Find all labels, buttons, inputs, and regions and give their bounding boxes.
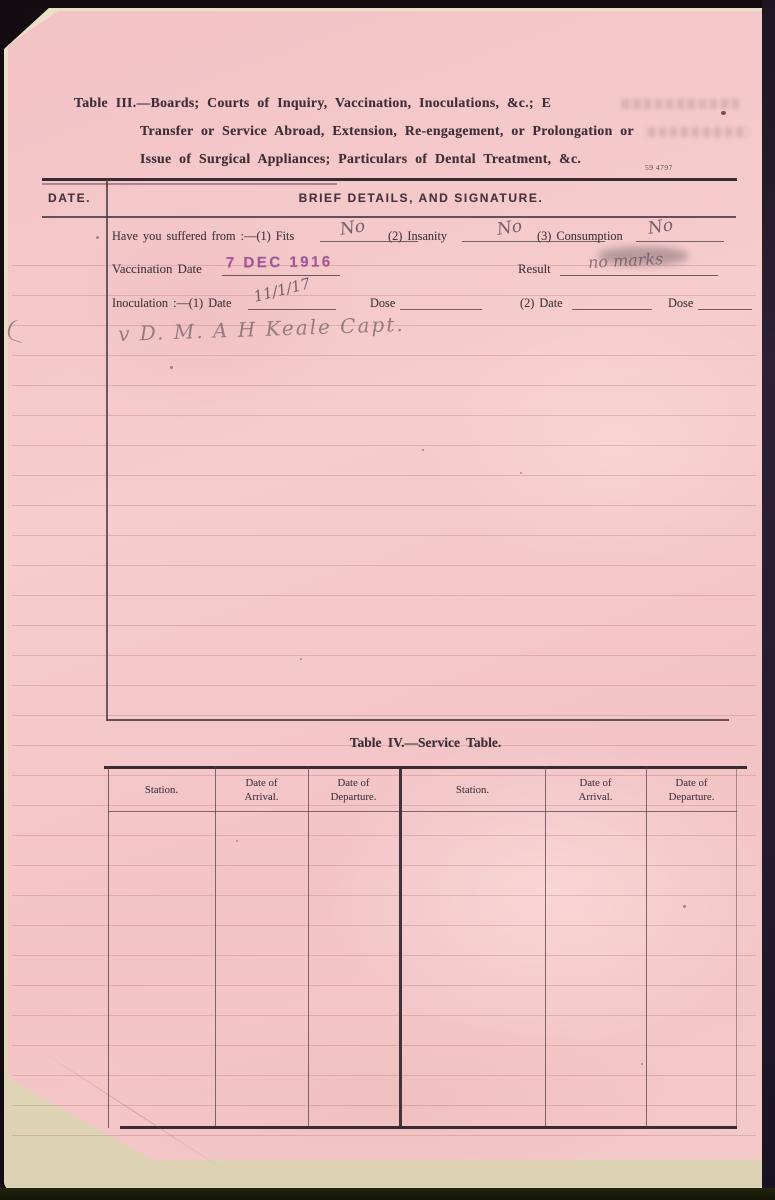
date-column-divider [106, 178, 108, 721]
dose2-line [698, 309, 752, 310]
paper-speck [96, 236, 99, 239]
result-answer-line [560, 275, 718, 276]
inoculation-date2-label: (2) Date [520, 296, 563, 311]
table3-title-line3: Issue of Surgical Appliances; Particular… [140, 151, 581, 167]
details-box-bottom-rule [107, 719, 729, 721]
table3-title-line2: Transfer or Service Abroad, Extension, R… [140, 123, 634, 139]
scan-edge-top [0, 0, 775, 8]
dose1-label: Dose [370, 296, 395, 311]
faded-print-line1 [622, 99, 740, 109]
consumption-answer-handwriting: No [647, 215, 675, 239]
table3-title-line1: Table III.—Boards; Courts of Inquiry, Va… [74, 95, 551, 111]
service-header-departure-1: Date of Departure. [308, 777, 399, 804]
service-header-station-1: Station. [108, 784, 215, 798]
inoculation-label: Inoculation :—(1) Date [112, 296, 231, 311]
service-col-line-1 [215, 766, 216, 1128]
paper-speck [170, 366, 173, 369]
result-label: Result [518, 262, 551, 277]
paper-speck [422, 449, 424, 451]
details-column-header: BRIEF DETAILS, AND SIGNATURE. [106, 191, 736, 205]
service-header-station-2: Station. [400, 784, 545, 798]
service-col-line-left [108, 766, 109, 1128]
date-column-header: DATE. [48, 191, 91, 205]
service-table-top-rule [104, 766, 747, 769]
paper-speck [520, 472, 522, 474]
service-header-departure-2: Date of Departure. [646, 777, 737, 804]
service-header-arrival-1: Date of Arrival. [215, 777, 308, 804]
service-table-title: Table IV.—Service Table. [104, 735, 747, 751]
paper-speck [641, 1063, 643, 1065]
dose1-line [400, 309, 482, 310]
service-col-line-right [736, 766, 737, 1128]
insanity-label: (2) Insanity [388, 229, 447, 244]
dose2-label: Dose [668, 296, 693, 311]
service-col-line-center [399, 766, 402, 1128]
service-col-line-3 [545, 766, 546, 1128]
service-col-line-4 [646, 766, 647, 1128]
ink-smudge [598, 247, 688, 265]
scan-edge-bottom [0, 1188, 775, 1200]
vaccination-date-label: Vaccination Date [112, 262, 202, 277]
service-header-arrival-2: Date of Arrival. [545, 777, 646, 804]
form-number: 59 4797 [645, 163, 673, 172]
details-table-top-rule [42, 178, 737, 181]
inoculation-date2-line [572, 309, 652, 310]
scanned-record-page: Table III.—Boards; Courts of Inquiry, Va… [0, 0, 775, 1200]
insanity-answer-handwriting: No [496, 216, 524, 240]
suffered-question-label: Have you suffered from :—(1) Fits [112, 229, 294, 244]
inoculation-date1-line [248, 309, 336, 310]
service-col-line-2 [308, 766, 309, 1128]
consumption-answer-line [636, 241, 724, 242]
service-table-bottom-rule [120, 1126, 737, 1129]
paper-speck [300, 658, 302, 660]
service-header-underline [108, 811, 737, 812]
faded-print-line2 [648, 127, 748, 137]
vaccination-date-stamp: 7 DEC 1916 [226, 253, 333, 271]
paper-speck [683, 905, 686, 908]
consumption-label: (3) Consumption [537, 229, 623, 244]
paper-speck [721, 111, 726, 115]
details-table-top-rule-echo [42, 183, 337, 185]
scan-edge-right [762, 0, 775, 1200]
paper-speck [236, 840, 238, 842]
details-header-underline [42, 216, 736, 218]
vaccination-date-line [222, 275, 340, 276]
fits-answer-handwriting: No [339, 216, 367, 240]
